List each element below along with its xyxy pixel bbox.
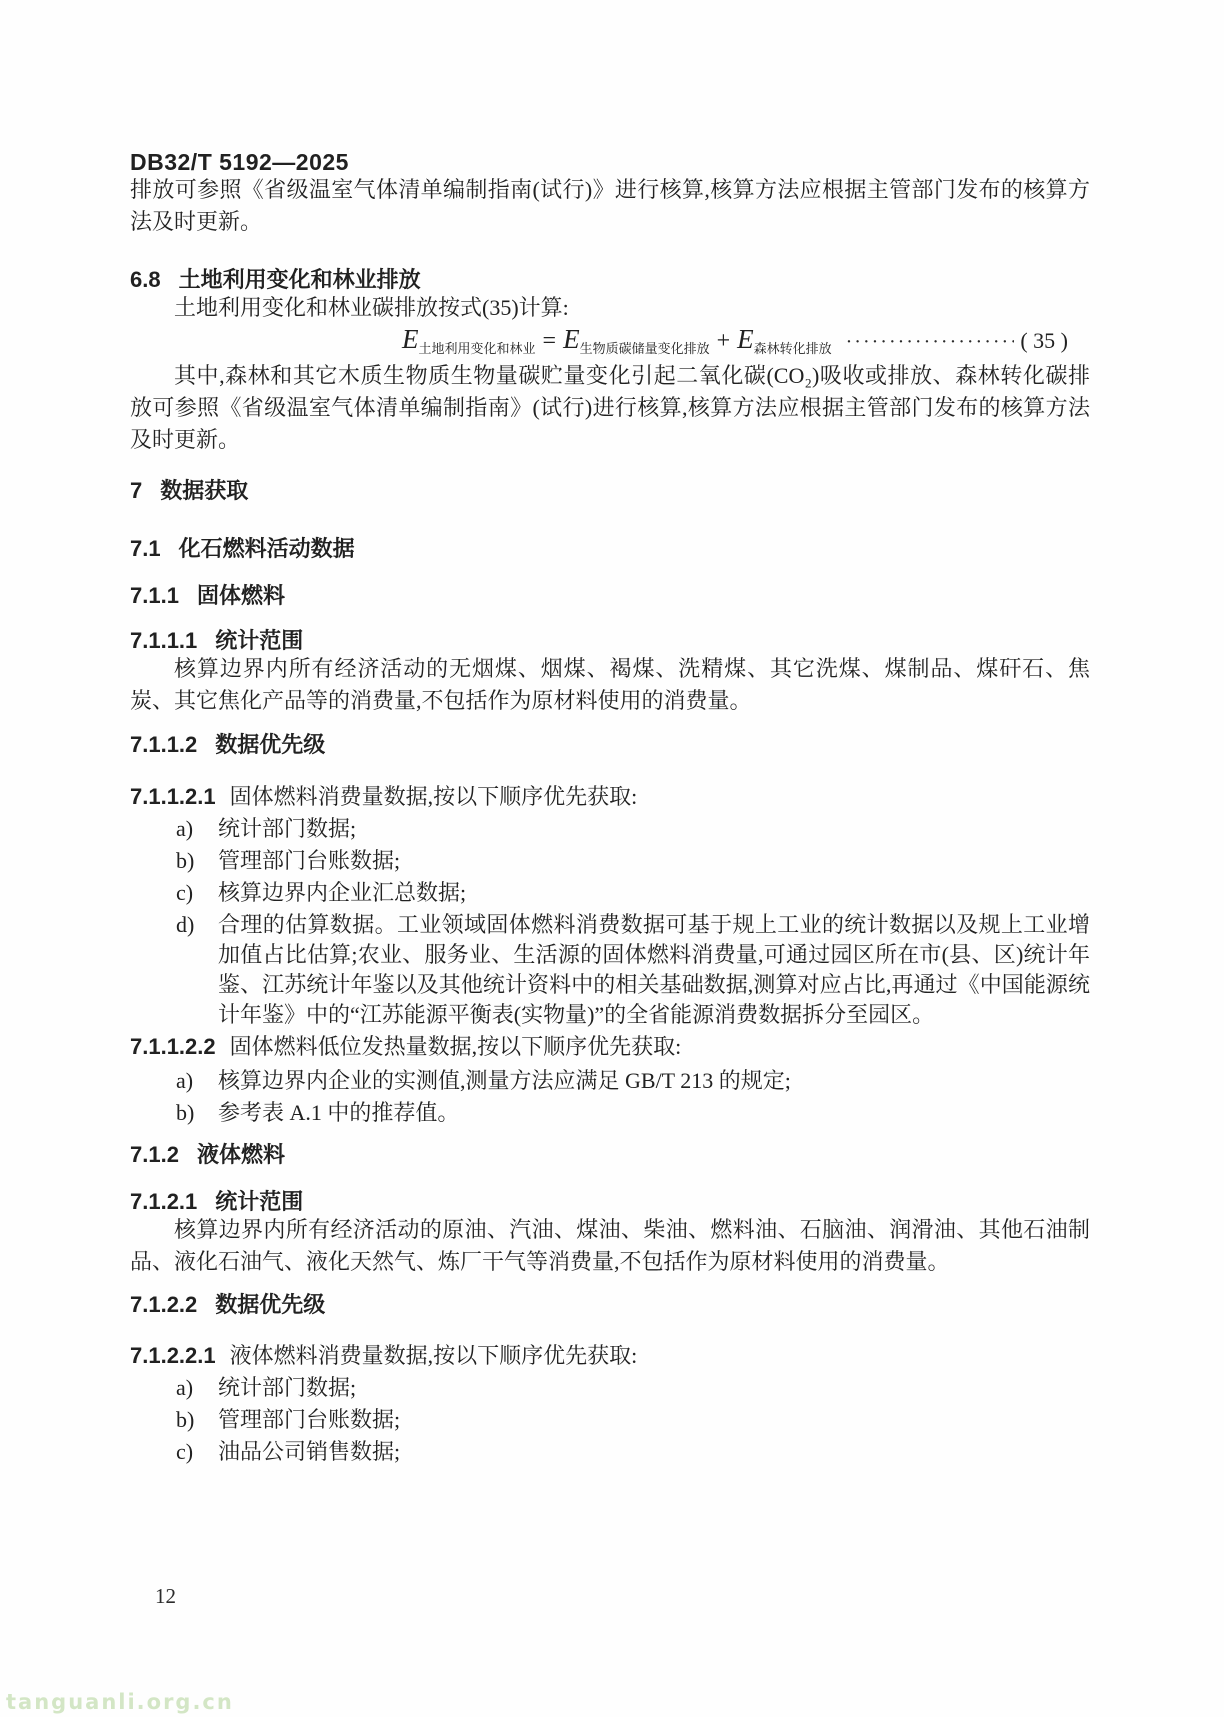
watermark: tanguanli.org.cn [6, 1690, 234, 1714]
list-item: a) 统计部门数据; [130, 1373, 1090, 1403]
list-item-label: c) [176, 878, 218, 908]
section-title: 土地利用变化和林业排放 [179, 268, 421, 292]
liquid-scope-paragraph: 核算边界内所有经济活动的原油、汽油、煤油、柴油、燃料油、石脑油、润滑油、其他石油… [130, 1214, 1090, 1278]
clause-text: 固体燃料消费量数据,按以下顺序优先获取: [230, 784, 638, 809]
section-7-1-heading: 7.1 化石燃料活动数据 [130, 537, 1090, 561]
list-item-text: 合理的估算数据。工业领域固体燃料消费数据可基于规上工业的统计数据以及规上工业增加… [218, 910, 1090, 1030]
list-item-text: 统计部门数据; [218, 1373, 1090, 1403]
solid-heating-list: a) 核算边界内企业的实测值,测量方法应满足 GB/T 213 的规定; b) … [130, 1066, 1090, 1128]
list-item: b) 管理部门台账数据; [130, 1405, 1090, 1435]
section-title: 固体燃料 [197, 584, 285, 608]
solid-scope-paragraph: 核算边界内所有经济活动的无烟煤、烟煤、褐煤、洗精煤、其它洗煤、煤制品、煤矸石、焦… [130, 653, 1090, 717]
formula-35: E土地利用变化和林业 = E生物质碳储量变化排放 + E森林转化排放 ·····… [130, 324, 1090, 360]
section-7-1-1-heading: 7.1.1 固体燃料 [130, 584, 1090, 608]
formula-term2: E森林转化排放 [737, 324, 832, 355]
clause-number: 7.1.1.2.2 [130, 1034, 216, 1059]
document-page: DB32/T 5192—2025 排放可参照《省级温室气体清单编制指南(试行)》… [0, 0, 1224, 1717]
section-number: 7 [130, 479, 142, 503]
leader-dots: ········································… [846, 331, 1015, 354]
section-number: 7.1.2 [130, 1143, 179, 1167]
plus-sign: + [717, 328, 731, 355]
formula-term1: E生物质碳储量变化排放 [563, 324, 710, 355]
clause-number: 7.1.2.2.1 [130, 1343, 216, 1368]
list-item-text: 核算边界内企业的实测值,测量方法应满足 GB/T 213 的规定; [218, 1066, 1090, 1096]
list-item-text: 管理部门台账数据; [218, 1405, 1090, 1435]
section-7-heading: 7 数据获取 [130, 479, 1090, 503]
list-item-label: d) [176, 910, 218, 1030]
list-item-text: 油品公司销售数据; [218, 1437, 1090, 1467]
section-7-1-1-2-heading: 7.1.1.2 数据优先级 [130, 733, 1090, 757]
section-number: 7.1.2.1 [130, 1190, 197, 1214]
liquid-consumption-list: a) 统计部门数据; b) 管理部门台账数据; c) 油品公司销售数据; [130, 1373, 1090, 1467]
section-6-8-heading: 6.8 土地利用变化和林业排放 [130, 268, 1090, 292]
section-number: 7.1 [130, 537, 161, 561]
page-content: DB32/T 5192—2025 排放可参照《省级温室气体清单编制指南(试行)》… [130, 150, 1090, 1469]
section-title: 液体燃料 [197, 1143, 285, 1167]
section-7-1-2-2-heading: 7.1.2.2 数据优先级 [130, 1293, 1090, 1317]
section-number: 7.1.2.2 [130, 1293, 197, 1317]
list-item-label: a) [176, 1373, 218, 1403]
list-item: c) 核算边界内企业汇总数据; [130, 878, 1090, 908]
page-number: 12 [155, 1584, 176, 1609]
list-item-label: a) [176, 814, 218, 844]
list-item-label: b) [176, 1405, 218, 1435]
section-number: 7.1.1 [130, 584, 179, 608]
formula-lhs: E土地利用变化和林业 [402, 324, 536, 355]
list-item-text: 核算边界内企业汇总数据; [218, 878, 1090, 908]
section-7-1-1-1-heading: 7.1.1.1 统计范围 [130, 629, 1090, 653]
section-title: 数据优先级 [215, 733, 325, 757]
list-item-text: 参考表 A.1 中的推荐值。 [218, 1098, 1090, 1128]
list-item: b) 参考表 A.1 中的推荐值。 [130, 1098, 1090, 1128]
list-item: c) 油品公司销售数据; [130, 1437, 1090, 1467]
list-item: a) 核算边界内企业的实测值,测量方法应满足 GB/T 213 的规定; [130, 1066, 1090, 1096]
formula-note: 其中,森林和其它木质生物质生物量碳贮量变化引起二氧化碳(CO₂)吸收或排放、森林… [130, 360, 1090, 456]
intro-paragraph: 排放可参照《省级温室气体清单编制指南(试行)》进行核算,核算方法应根据主管部门发… [130, 174, 1090, 238]
section-number: 6.8 [130, 268, 161, 292]
list-item: b) 管理部门台账数据; [130, 846, 1090, 876]
clause-7-1-1-2-1: 7.1.1.2.1固体燃料消费量数据,按以下顺序优先获取: [130, 782, 1090, 812]
equals-sign: = [543, 328, 557, 355]
clause-number: 7.1.1.2.1 [130, 784, 216, 809]
section-number: 7.1.1.1 [130, 629, 197, 653]
list-item-label: b) [176, 1098, 218, 1128]
list-item: d) 合理的估算数据。工业领域固体燃料消费数据可基于规上工业的统计数据以及规上工… [130, 910, 1090, 1030]
section-7-1-2-heading: 7.1.2 液体燃料 [130, 1143, 1090, 1167]
list-item-label: a) [176, 1066, 218, 1096]
list-item-text: 管理部门台账数据; [218, 846, 1090, 876]
clause-7-1-1-2-2: 7.1.1.2.2固体燃料低位发热量数据,按以下顺序优先获取: [130, 1032, 1090, 1062]
section-title: 数据获取 [160, 479, 248, 503]
section-title: 数据优先级 [215, 1293, 325, 1317]
doc-header: DB32/T 5192—2025 [130, 150, 1090, 174]
equation-number: ( 35 ) [1020, 328, 1068, 354]
section-title: 统计范围 [215, 1190, 303, 1214]
section-title: 化石燃料活动数据 [179, 537, 355, 561]
clause-7-1-2-2-1: 7.1.2.2.1液体燃料消费量数据,按以下顺序优先获取: [130, 1341, 1090, 1371]
section-title: 统计范围 [215, 629, 303, 653]
section-number: 7.1.1.2 [130, 733, 197, 757]
clause-text: 固体燃料低位发热量数据,按以下顺序优先获取: [230, 1034, 682, 1059]
formula-lead: 土地利用变化和林业碳排放按式(35)计算: [130, 292, 1090, 324]
list-item-label: c) [176, 1437, 218, 1467]
clause-text: 液体燃料消费量数据,按以下顺序优先获取: [230, 1343, 638, 1368]
list-item: a) 统计部门数据; [130, 814, 1090, 844]
list-item-text: 统计部门数据; [218, 814, 1090, 844]
solid-consumption-list: a) 统计部门数据; b) 管理部门台账数据; c) 核算边界内企业汇总数据; … [130, 814, 1090, 1030]
list-item-label: b) [176, 846, 218, 876]
section-7-1-2-1-heading: 7.1.2.1 统计范围 [130, 1190, 1090, 1214]
